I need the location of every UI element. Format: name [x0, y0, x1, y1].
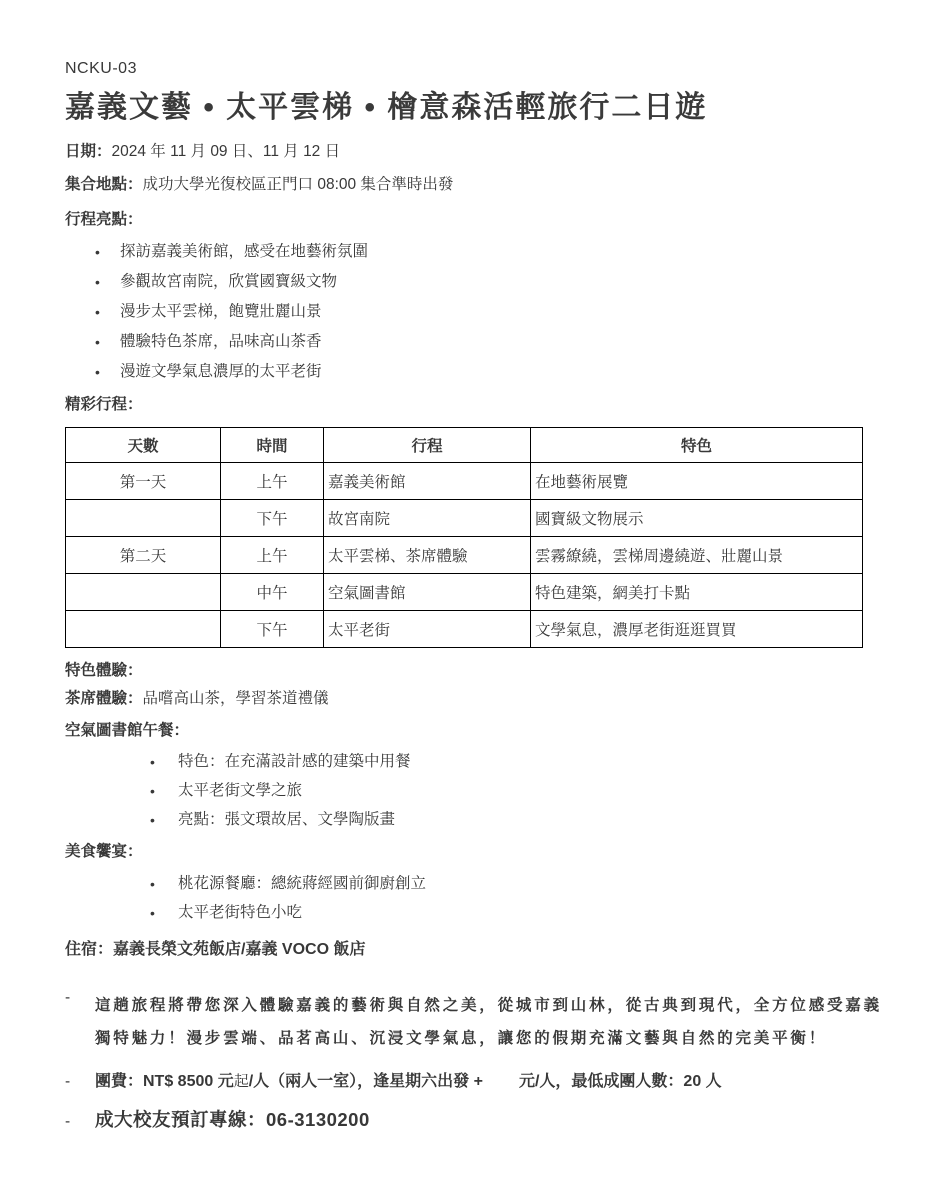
list-item-text: 太平老街特色小吃	[178, 903, 302, 923]
date-value: 2024 年 11 月 09 日、11 月 12 日	[112, 143, 341, 160]
cell-time: 下午	[221, 611, 324, 648]
bullet-icon: •	[150, 752, 178, 772]
cell-feature: 特色建築，網美打卡點	[531, 574, 863, 611]
cell-feature: 文學氣息，濃厚老街逛逛買買	[531, 611, 863, 648]
cell-program: 太平老街	[324, 611, 531, 648]
hotline-note: - 成大校友預訂專線：06-3130200	[65, 1108, 884, 1132]
cell-feature: 國寶級文物展示	[531, 500, 863, 537]
table-row: 第一天 上午 嘉義美術館 在地藝術展覽	[66, 463, 863, 500]
table-header-row: 天數 時間 行程 特色	[66, 428, 863, 463]
bullet-icon: •	[95, 332, 120, 352]
meeting-point-line: 集合地點：成功大學光復校區正門口 08:00 集合準時出發	[65, 174, 884, 195]
itinerary-table: 天數 時間 行程 特色 第一天 上午 嘉義美術館 在地藝術展覽 下午 故宮南院 …	[65, 427, 863, 648]
list-item: • 特色：在充滿設計感的建築中用餐	[65, 752, 884, 772]
fee-note: - 團費：NT$ 8500 元起/人（兩人一室），逢星期六出發 +元/人，最低成…	[65, 1071, 884, 1093]
table-row: 第二天 上午 太平雲梯、茶席體驗 雲霧繚繞，雲梯周邊繞遊、壯麗山景	[66, 537, 863, 574]
highlights-list: • 探訪嘉義美術館，感受在地藝術氛圍 • 參觀故宮南院，欣賞國寶級文物 • 漫步…	[65, 242, 884, 382]
list-item-text: 探訪嘉義美術館，感受在地藝術氛圍	[120, 242, 368, 262]
experience-heading: 特色體驗：	[65, 658, 884, 680]
list-item: • 太平老街文學之旅	[65, 781, 884, 801]
cell-feature: 在地藝術展覽	[531, 463, 863, 500]
document-page: NCKU-03 嘉義文藝 • 太平雲梯 • 檜意森活輕旅行二日遊 日期：2024…	[0, 0, 949, 1185]
tea-experience-line: 茶席體驗：品嚐高山茶，學習茶道禮儀	[65, 689, 884, 709]
cell-days	[66, 500, 221, 537]
cell-program: 嘉義美術館	[324, 463, 531, 500]
summary-note-text: 這趟旅程將帶您深入體驗嘉義的藝術與自然之美，從城市到山林，從古典到現代，全方位感…	[95, 989, 884, 1055]
library-lunch-heading: 空氣圖書館午餐：	[65, 718, 884, 740]
dining-list: • 桃花源餐廳：總統蔣經國前御廚創立 • 太平老街特色小吃	[65, 874, 884, 923]
hotline-text: 成大校友預訂專線：06-3130200	[95, 1108, 370, 1132]
bullet-icon: •	[150, 810, 178, 830]
table-row: 中午 空氣圖書館 特色建築，網美打卡點	[66, 574, 863, 611]
cell-time: 下午	[221, 500, 324, 537]
list-item: • 漫遊文學氣息濃厚的太平老街	[65, 362, 884, 382]
table-header-days: 天數	[66, 428, 221, 463]
table-row: 下午 故宮南院 國寶級文物展示	[66, 500, 863, 537]
list-item: • 探訪嘉義美術館，感受在地藝術氛圍	[65, 242, 884, 262]
doc-code: NCKU-03	[65, 60, 884, 78]
fee-note-text: 團費：NT$ 8500 元起/人（兩人一室），逢星期六出發 +元/人，最低成團人…	[95, 1071, 722, 1093]
bullet-icon: •	[150, 903, 178, 923]
dash-icon: -	[65, 1073, 95, 1091]
bullet-icon: •	[150, 874, 178, 894]
dining-heading: 美食饗宴：	[65, 839, 884, 861]
lodging-value: 嘉義長榮文苑飯店/嘉義 VOCO 飯店	[113, 941, 365, 958]
fee-part-1: 團費：NT$ 8500 元	[95, 1073, 234, 1090]
cell-program: 故宮南院	[324, 500, 531, 537]
table-header-program: 行程	[324, 428, 531, 463]
table-header-time: 時間	[221, 428, 324, 463]
cell-days: 第二天	[66, 537, 221, 574]
list-item: • 參觀故宮南院，欣賞國寶級文物	[65, 272, 884, 292]
date-label: 日期：	[65, 143, 112, 160]
tea-experience-label: 茶席體驗：	[65, 690, 143, 707]
bullet-icon: •	[95, 242, 120, 262]
cell-days: 第一天	[66, 463, 221, 500]
list-item-text: 亮點：張文環故居、文學陶版畫	[178, 810, 395, 830]
cell-program: 空氣圖書館	[324, 574, 531, 611]
cell-time: 上午	[221, 463, 324, 500]
list-item-text: 漫步太平雲梯，飽覽壯麗山景	[120, 302, 322, 322]
list-item-text: 參觀故宮南院，欣賞國寶級文物	[120, 272, 337, 292]
date-line: 日期：2024 年 11 月 09 日、11 月 12 日	[65, 141, 884, 162]
itinerary-heading: 精彩行程：	[65, 392, 884, 414]
cell-days	[66, 574, 221, 611]
list-item-text: 太平老街文學之旅	[178, 781, 302, 801]
library-lunch-list: • 特色：在充滿設計感的建築中用餐 • 太平老街文學之旅 • 亮點：張文環故居、…	[65, 752, 884, 830]
cell-feature: 雲霧繚繞，雲梯周邊繞遊、壯麗山景	[531, 537, 863, 574]
bullet-icon: •	[95, 302, 120, 322]
tea-experience-value: 品嚐高山茶，學習茶道禮儀	[143, 690, 329, 707]
list-item: • 亮點：張文環故居、文學陶版畫	[65, 810, 884, 830]
summary-note: - 這趟旅程將帶您深入體驗嘉義的藝術與自然之美，從城市到山林，從古典到現代，全方…	[65, 989, 884, 1055]
meeting-point-value: 成功大學光復校區正門口 08:00 集合準時出發	[143, 176, 454, 193]
bullet-icon: •	[150, 781, 178, 801]
bullet-icon: •	[95, 272, 120, 292]
meeting-point-label: 集合地點：	[65, 176, 143, 193]
bullet-icon: •	[95, 362, 120, 382]
dash-icon: -	[65, 1113, 95, 1131]
list-item: • 體驗特色茶席，品味高山茶香	[65, 332, 884, 352]
list-item: • 漫步太平雲梯，飽覽壯麗山景	[65, 302, 884, 322]
list-item-text: 體驗特色茶席，品味高山茶香	[120, 332, 322, 352]
cell-days	[66, 611, 221, 648]
dash-icon: -	[65, 989, 95, 1055]
fee-part-4: 元/人，最低成團人數：20 人	[519, 1073, 722, 1090]
highlights-heading: 行程亮點：	[65, 207, 884, 229]
list-item-text: 特色：在充滿設計感的建築中用餐	[178, 752, 411, 772]
fee-part-3: /人（兩人一室），逢星期六出發 +	[249, 1073, 483, 1090]
cell-program: 太平雲梯、茶席體驗	[324, 537, 531, 574]
lodging-line: 住宿：嘉義長榮文苑飯店/嘉義 VOCO 飯店	[65, 939, 884, 961]
list-item-text: 漫遊文學氣息濃厚的太平老街	[120, 362, 322, 382]
list-item: • 太平老街特色小吃	[65, 903, 884, 923]
page-title: 嘉義文藝 • 太平雲梯 • 檜意森活輕旅行二日遊	[65, 82, 884, 126]
list-item: • 桃花源餐廳：總統蔣經國前御廚創立	[65, 874, 884, 894]
table-header-feature: 特色	[531, 428, 863, 463]
cell-time: 中午	[221, 574, 324, 611]
list-item-text: 桃花源餐廳：總統蔣經國前御廚創立	[178, 874, 426, 894]
fee-part-2: 起	[234, 1073, 249, 1090]
table-row: 下午 太平老街 文學氣息，濃厚老街逛逛買買	[66, 611, 863, 648]
lodging-label: 住宿：	[65, 941, 113, 958]
cell-time: 上午	[221, 537, 324, 574]
